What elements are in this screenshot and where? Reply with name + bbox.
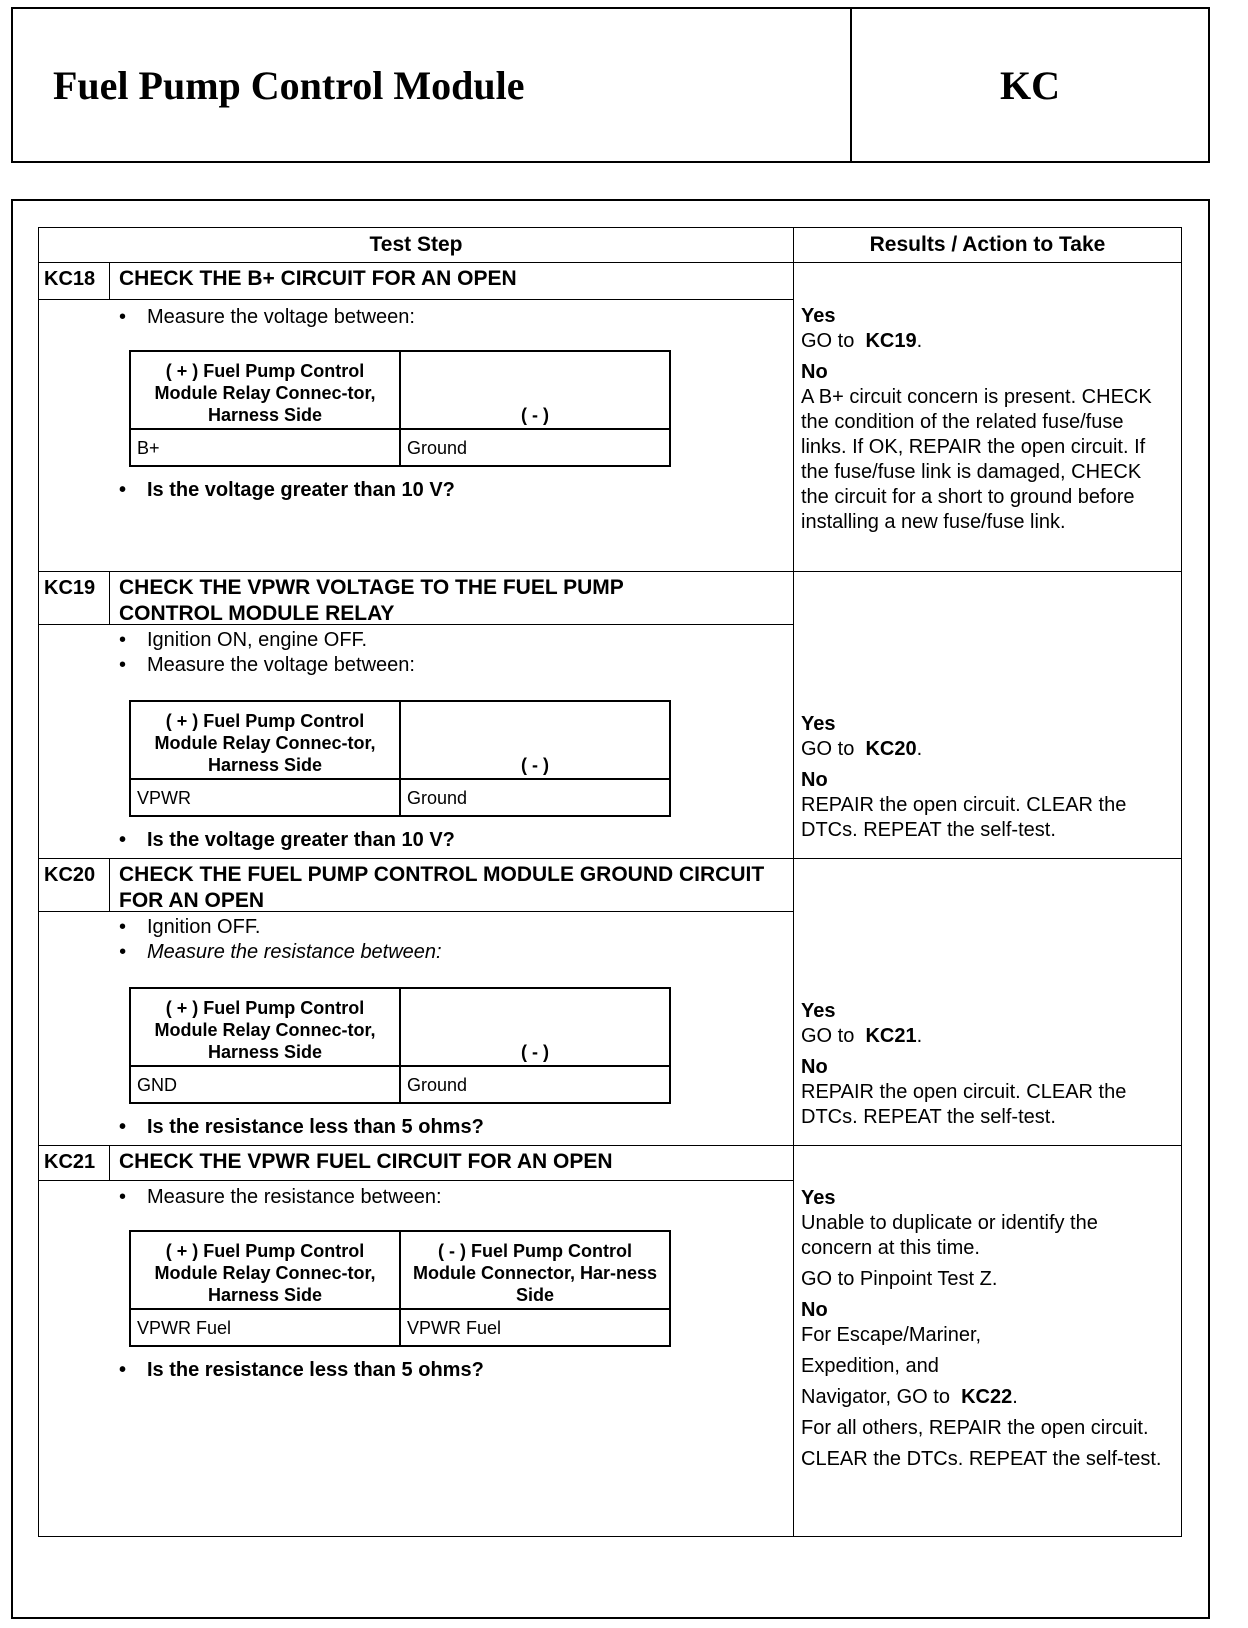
yes-action-1: Unable to duplicate or identify the conc… <box>801 1211 1171 1261</box>
pos-lead-value: VPWR <box>130 779 400 816</box>
results-kc18: Yes GO to KC19. No A B+ circuit concern … <box>801 304 1171 535</box>
page-title: Fuel Pump Control Module <box>53 62 525 109</box>
no-text: Navigator, GO to <box>801 1386 950 1408</box>
instruction: Measure the voltage between: <box>111 653 415 678</box>
step-title-kc18: CHECK THE B+ CIRCUIT FOR AN OPEN <box>109 262 793 292</box>
no-label: No <box>801 768 1171 793</box>
pos-lead-header: ( + ) Fuel Pump Control Module Relay Con… <box>130 701 400 779</box>
no-action-3: Navigator, GO to KC22. <box>801 1385 1171 1410</box>
yes-action-2: GO to Pinpoint Test Z. <box>801 1267 1171 1292</box>
test-step-table: Test Step Results / Action to Take KC18 … <box>38 227 1182 1537</box>
section-code: KC <box>1000 62 1060 109</box>
yes-label: Yes <box>801 999 1171 1024</box>
neg-lead-header: ( - ) <box>400 701 670 779</box>
no-action: REPAIR the open circuit. CLEAR the DTCs.… <box>801 1080 1171 1130</box>
goto-link-kc20[interactable]: KC20 <box>865 738 916 760</box>
results-kc21: Yes Unable to duplicate or identify the … <box>801 1186 1171 1472</box>
measurement-table-kc18: ( + ) Fuel Pump Control Module Relay Con… <box>129 350 671 467</box>
step-question-kc21: Is the resistance less than 5 ohms? <box>111 1358 484 1383</box>
neg-lead-value: VPWR Fuel <box>400 1309 670 1346</box>
results-kc20: Yes GO to KC21. No REPAIR the open circu… <box>801 999 1171 1130</box>
step-question-kc20: Is the resistance less than 5 ohms? <box>111 1115 484 1140</box>
no-label: No <box>801 360 1171 385</box>
measurement-table-kc21: ( + ) Fuel Pump Control Module Relay Con… <box>129 1230 671 1347</box>
question: Is the resistance less than 5 ohms? <box>111 1358 484 1383</box>
step-id-kc21: KC21 <box>39 1145 109 1175</box>
yes-label: Yes <box>801 712 1171 737</box>
goto-link-kc21[interactable]: KC21 <box>865 1025 916 1047</box>
neg-lead-value: Ground <box>400 429 670 466</box>
yes-label: Yes <box>801 304 1171 329</box>
no-action-5: CLEAR the DTCs. REPEAT the self-test. <box>801 1447 1171 1472</box>
no-action-2: Expedition, and <box>801 1354 1171 1379</box>
instruction: Measure the voltage between: <box>111 305 415 330</box>
no-label: No <box>801 1055 1171 1080</box>
header-code-cell: KC <box>852 9 1208 161</box>
neg-lead-value: Ground <box>400 779 670 816</box>
col-header-test-step: Test Step <box>39 228 793 262</box>
measurement-table-kc19: ( + ) Fuel Pump Control Module Relay Con… <box>129 700 671 817</box>
page-header: Fuel Pump Control Module KC <box>11 7 1210 163</box>
pos-lead-value: B+ <box>130 429 400 466</box>
yes-text: GO to <box>801 738 854 760</box>
yes-action: GO to KC20. <box>801 737 1171 762</box>
yes-text: GO to <box>801 1025 854 1047</box>
measurement-table-kc20: ( + ) Fuel Pump Control Module Relay Con… <box>129 987 671 1104</box>
neg-lead-header: ( - ) Fuel Pump Control Module Connector… <box>400 1231 670 1309</box>
question: Is the resistance less than 5 ohms? <box>111 1115 484 1140</box>
neg-lead-header: ( - ) <box>400 351 670 429</box>
results-kc19: Yes GO to KC20. No REPAIR the open circu… <box>801 712 1171 843</box>
col-header-results: Results / Action to Take <box>794 228 1181 262</box>
step-instructions-kc21: Measure the resistance between: <box>111 1185 442 1210</box>
neg-lead-value: Ground <box>400 1066 670 1103</box>
step-id-kc20: KC20 <box>39 858 109 888</box>
step-title-kc19: CHECK THE VPWR VOLTAGE TO THE FUEL PUMP … <box>109 571 729 627</box>
yes-action: GO to KC19. <box>801 329 1171 354</box>
step-instructions-kc18: Measure the voltage between: <box>111 305 415 330</box>
instruction: Measure the resistance between: <box>111 1185 442 1210</box>
no-action-1: For Escape/Mariner, <box>801 1323 1171 1348</box>
yes-text: GO to <box>801 330 854 352</box>
no-label: No <box>801 1298 1171 1323</box>
instruction: Ignition ON, engine OFF. <box>111 628 415 653</box>
instruction: Ignition OFF. <box>111 915 442 940</box>
pos-lead-header: ( + ) Fuel Pump Control Module Relay Con… <box>130 351 400 429</box>
no-action: REPAIR the open circuit. CLEAR the DTCs.… <box>801 793 1171 843</box>
header-title-cell: Fuel Pump Control Module <box>13 9 852 161</box>
yes-label: Yes <box>801 1186 1171 1211</box>
step-id-kc18: KC18 <box>39 262 109 292</box>
step-question-kc18: Is the voltage greater than 10 V? <box>111 478 455 503</box>
step-question-kc19: Is the voltage greater than 10 V? <box>111 828 455 853</box>
divider <box>39 624 793 625</box>
pos-lead-value: VPWR Fuel <box>130 1309 400 1346</box>
step-title-kc21: CHECK THE VPWR FUEL CIRCUIT FOR AN OPEN <box>109 1145 793 1175</box>
question: Is the voltage greater than 10 V? <box>111 478 455 503</box>
divider <box>39 299 793 300</box>
yes-action: GO to KC21. <box>801 1024 1171 1049</box>
column-divider <box>793 228 794 1536</box>
divider <box>39 1180 793 1181</box>
step-instructions-kc19: Ignition ON, engine OFF. Measure the vol… <box>111 628 415 678</box>
divider <box>39 911 793 912</box>
instruction: Measure the resistance between: <box>111 940 442 965</box>
no-action: A B+ circuit concern is present. CHECK t… <box>801 385 1171 535</box>
no-action-4: For all others, REPAIR the open circuit. <box>801 1416 1171 1441</box>
pos-lead-value: GND <box>130 1066 400 1103</box>
question: Is the voltage greater than 10 V? <box>111 828 455 853</box>
step-title-kc20: CHECK THE FUEL PUMP CONTROL MODULE GROUN… <box>109 858 793 914</box>
step-instructions-kc20: Ignition OFF. Measure the resistance bet… <box>111 915 442 965</box>
neg-lead-header: ( - ) <box>400 988 670 1066</box>
step-id-kc19: KC19 <box>39 571 109 601</box>
goto-link-kc19[interactable]: KC19 <box>865 330 916 352</box>
goto-link-kc22[interactable]: KC22 <box>961 1386 1012 1408</box>
pos-lead-header: ( + ) Fuel Pump Control Module Relay Con… <box>130 988 400 1066</box>
pos-lead-header: ( + ) Fuel Pump Control Module Relay Con… <box>130 1231 400 1309</box>
